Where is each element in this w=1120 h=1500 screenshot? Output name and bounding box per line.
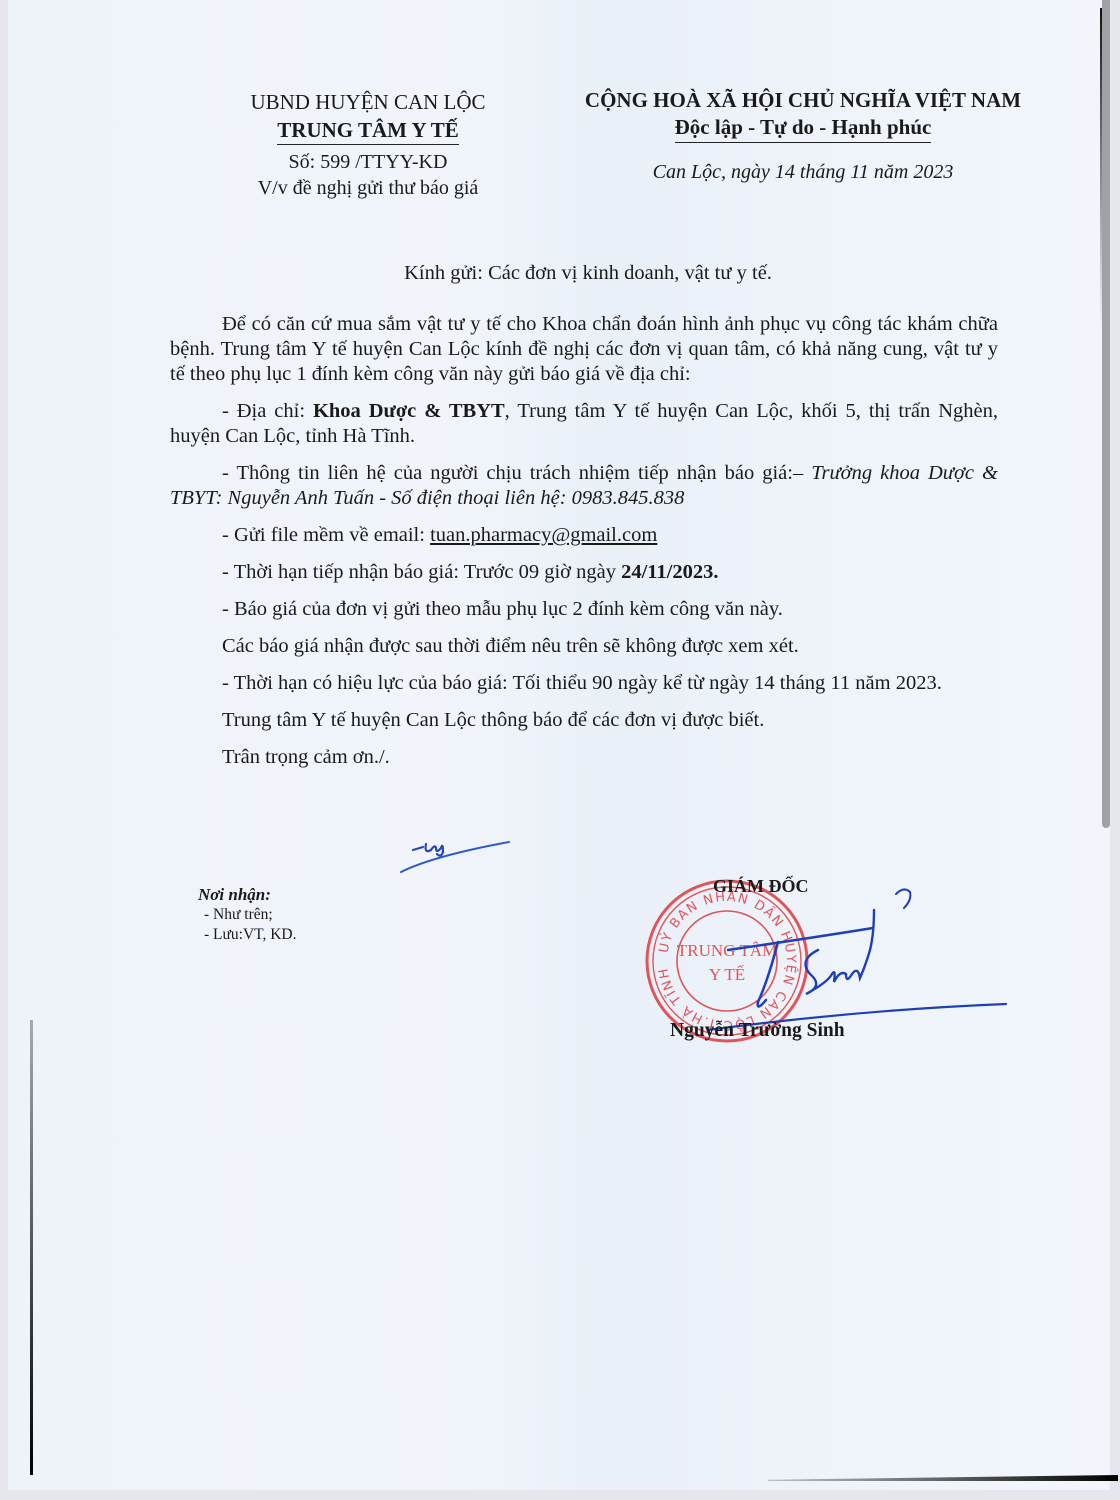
scan-edge-left: [30, 1020, 33, 1475]
closing-paragraph: Trân trọng cảm ơn./.: [170, 745, 998, 770]
address-paragraph: - Địa chỉ: Khoa Dược & TBYT, Trung tâm Y…: [170, 399, 998, 449]
document-number: Số: 599 /TTYY-KD: [208, 149, 528, 175]
national-title: CỘNG HOÀ XÃ HỘI CHỦ NGHĨA VIỆT NAM: [553, 86, 1053, 114]
parent-organization: UBND HUYỆN CAN LỘC: [208, 88, 528, 116]
distribution-label: Nơi nhận:: [198, 885, 297, 905]
contact-paragraph: - Thông tin liên hệ của người chịu trách…: [170, 461, 998, 511]
place-and-date: Can Lộc, ngày 14 tháng 11 năm 2023: [553, 161, 1053, 184]
national-motto: Độc lập - Tự do - Hạnh phúc: [675, 114, 932, 143]
organization-name: TRUNG TÂM Y TẾ: [277, 118, 458, 145]
issuer-header: UBND HUYỆN CAN LỘC TRUNG TÂM Y TẾ Số: 59…: [208, 88, 528, 201]
scanned-document-page: UBND HUYỆN CAN LỘC TRUNG TÂM Y TẾ Số: 59…: [8, 0, 1110, 1490]
validity-paragraph: - Thời hạn có hiệu lực của báo giá: Tối …: [170, 671, 998, 696]
email-link[interactable]: tuan.pharmacy@gmail.com: [430, 524, 657, 546]
intro-paragraph: Để có căn cứ mua sắm vật tư y tế cho Kho…: [170, 312, 998, 387]
template-paragraph: - Báo giá của đơn vị gửi theo mẫu phụ lụ…: [170, 597, 998, 622]
national-header: CỘNG HOÀ XÃ HỘI CHỦ NGHĨA VIỆT NAM Độc l…: [553, 86, 1053, 184]
deadline-date: 24/11/2023.: [621, 561, 718, 583]
email-paragraph: - Gửi file mềm về email: tuan.pharmacy@g…: [170, 523, 998, 548]
distribution-item: - Lưu:VT, KD.: [198, 925, 297, 945]
distribution-list: Nơi nhận: - Như trên; - Lưu:VT, KD.: [198, 885, 297, 945]
signature-block: UỶ BAN NHÂN DÂN HUYỆN CAN LỘC T.HÀ TĨNH …: [628, 870, 1028, 1070]
department-name: Khoa Dược & TBYT: [313, 400, 505, 422]
initial-signature-icon: [393, 830, 513, 880]
document-subject: V/v đề nghị gửi thư báo giá: [208, 175, 528, 201]
deadline-paragraph: - Thời hạn tiếp nhận báo giá: Trước 09 g…: [170, 560, 998, 585]
document-body: Để có căn cứ mua sắm vật tư y tế cho Kho…: [170, 312, 998, 782]
addressee: Kính gửi: Các đơn vị kinh doanh, vật tư …: [158, 262, 1018, 285]
distribution-item: - Như trên;: [198, 905, 297, 925]
late-note-paragraph: Các báo giá nhận được sau thời điểm nêu …: [170, 634, 998, 659]
scan-edge-bottom: [768, 1475, 1118, 1481]
vertical-scrollbar[interactable]: [1102, 0, 1110, 828]
notice-paragraph: Trung tâm Y tế huyện Can Lộc thông báo đ…: [170, 708, 998, 733]
signer-name: Nguyễn Trường Sinh: [670, 1020, 845, 1042]
